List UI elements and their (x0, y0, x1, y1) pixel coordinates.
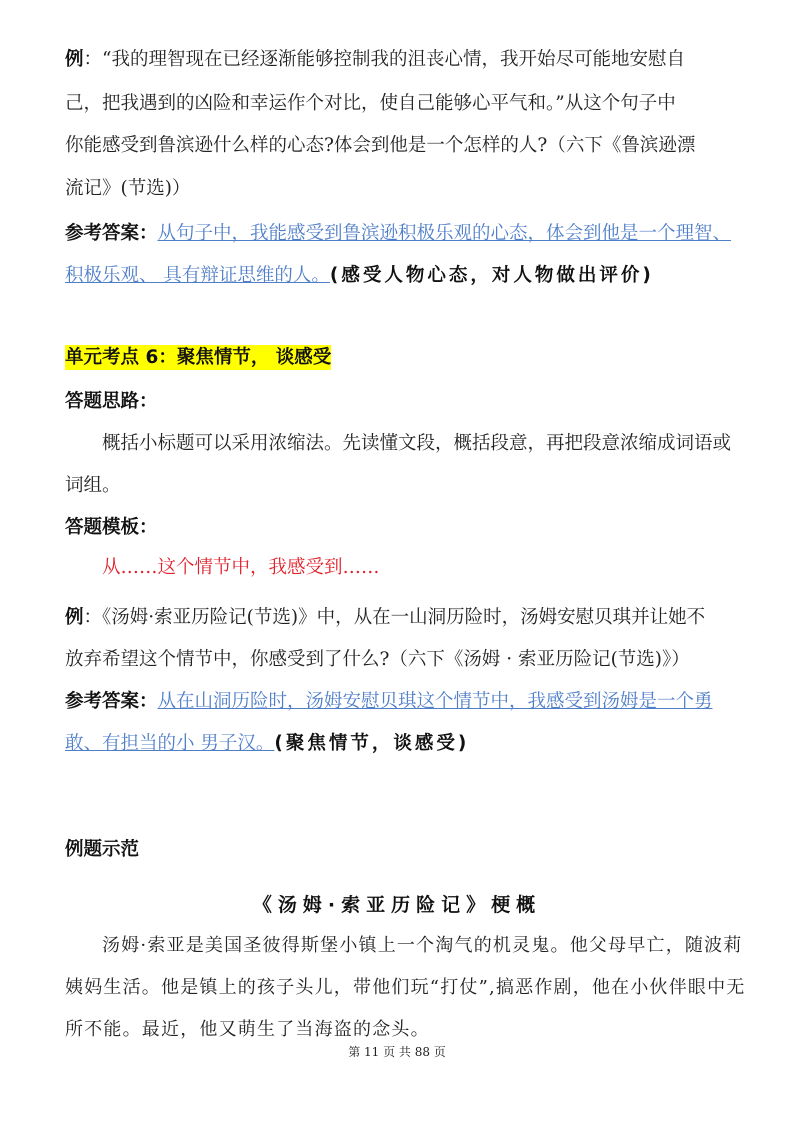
answer-link[interactable]: 从在山洞历险时，汤姆安慰贝琪这个情节中，我感受到汤姆是一个勇 (158, 691, 713, 712)
section-heading: 单元考点 6：聚焦情节， 谈感受 (65, 346, 331, 370)
example2-answer-line-1: 参考答案：从在山洞历险时，汤姆安慰贝琪这个情节中，我感受到汤姆是一个勇 (65, 690, 713, 714)
example2-line-1: 例：《汤姆·索亚历险记(节选)》中，从在一山洞历险时，汤姆安慰贝琪并让她不 (65, 606, 705, 630)
example1-line-2: 己，把我遇到的凶险和幸运作个对比，使自己能够心平气和。”从这个句子中 (65, 92, 676, 116)
story-line-2: 姨妈生活。他是镇上的孩子头儿，带他们玩“打仗”,搞恶作剧，他在小伙伴眼中无 (65, 976, 746, 1000)
example1-answer-line-2: 积极乐观、 具有辩证思维的人。(感受人物心态，对人物做出评价) (65, 264, 654, 288)
answer-link[interactable]: 积极乐观、 具有辩证思维的人。 (65, 265, 330, 286)
approach-line-1: 概括小标题可以采用浓缩法。先读懂文段，概括段意，再把段意浓缩成词语或 (102, 432, 731, 456)
answer-note: (感受人物心态，对人物做出评价) (330, 265, 654, 286)
example1-answer-line-1: 参考答案：从句子中，我能感受到鲁滨逊积极乐观的心态，体会到他是一个理智、 (65, 222, 731, 246)
example-label: 例 (65, 49, 84, 70)
answer-label: 参考答案： (65, 691, 158, 712)
template-text: 从……这个情节中，我感受到…… (102, 556, 380, 580)
example1-line-3: 你能感受到鲁滨逊什么样的心态?体会到他是一个怎样的人?（六下《鲁滨逊漂 (65, 134, 695, 158)
page-footer: 第 11 页 共 88 页 (0, 1043, 794, 1060)
answer-link[interactable]: 从句子中，我能感受到鲁滨逊积极乐观的心态，体会到他是一个理智、 (158, 223, 732, 244)
demo-heading: 例题示范 (65, 838, 139, 862)
answer-link[interactable]: 敢、有担当的小 男子汉。 (65, 733, 274, 754)
story-line-3: 所不能。最近，他又萌生了当海盗的念头。 (65, 1018, 430, 1042)
approach-label: 答题思路： (65, 390, 158, 414)
story-line-1: 汤姆·索亚是美国圣彼得斯堡小镇上一个淘气的机灵鬼。他父母早亡，随波莉 (102, 934, 743, 958)
example1-line-1: 例：“我的理智现在已经逐渐能够控制我的沮丧心情，我开始尽可能地安慰自 (65, 48, 685, 72)
example1-line-4: 流记》(节选)） (65, 177, 190, 201)
example-label: 例 (65, 607, 84, 628)
answer-note: (聚焦情节，谈感受) (274, 733, 469, 754)
story-title: 《汤姆·索亚历险记》梗概 (0, 890, 794, 917)
example2-answer-line-2: 敢、有担当的小 男子汉。(聚焦情节，谈感受) (65, 732, 469, 756)
example2-line-2: 放弃希望这个情节中，你感受到了什么?（六下《汤姆 · 索亚历险记(节选)》） (65, 648, 690, 672)
answer-label: 参考答案： (65, 223, 158, 244)
approach-line-2: 词组。 (65, 474, 121, 498)
template-label: 答题模板： (65, 516, 158, 540)
